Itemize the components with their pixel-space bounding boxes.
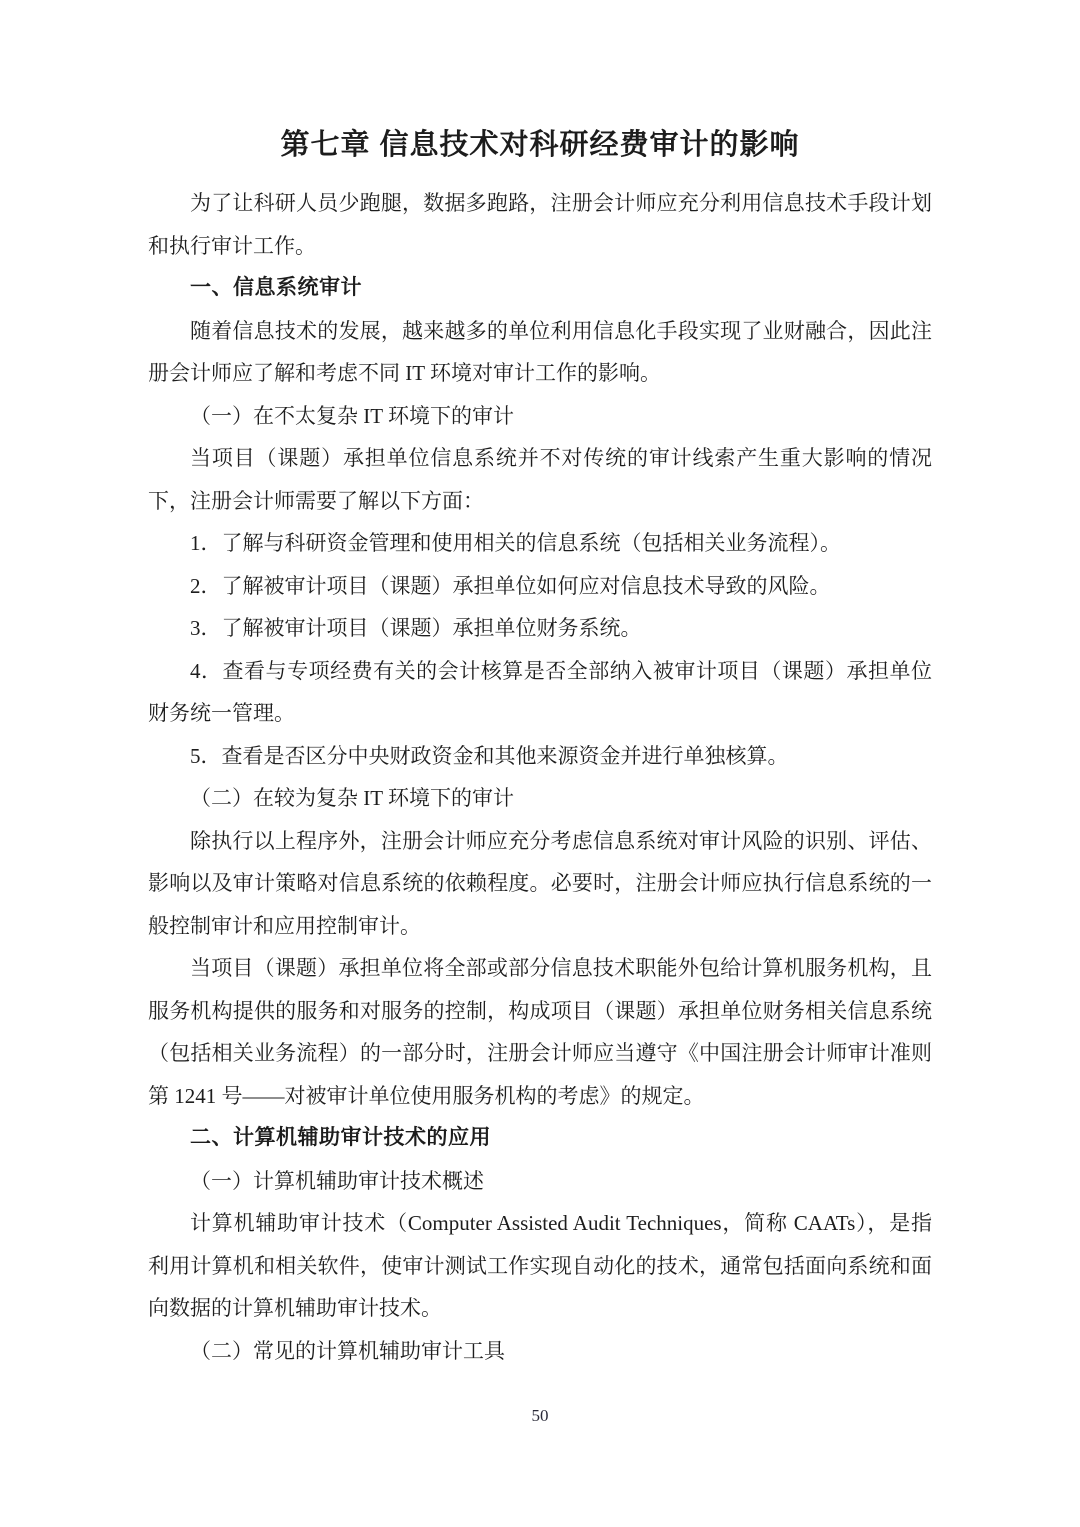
subsection-heading: （二）常见的计算机辅助审计工具 [148, 1330, 932, 1373]
list-item: 5．查看是否区分中央财政资金和其他来源资金并进行单独核算。 [148, 735, 932, 778]
page-footer: 50 [0, 1406, 1080, 1426]
list-item: 1．了解与科研资金管理和使用相关的信息系统（包括相关业务流程）。 [148, 522, 932, 565]
body-paragraph: 计算机辅助审计技术（Computer Assisted Audit Techni… [148, 1202, 932, 1330]
body-paragraph: 当项目（课题）承担单位信息系统并不对传统的审计线索产生重大影响的情况下，注册会计… [148, 437, 932, 522]
list-item: 2．了解被审计项目（课题）承担单位如何应对信息技术导致的风险。 [148, 565, 932, 608]
body-paragraph: 除执行以上程序外，注册会计师应充分考虑信息系统对审计风险的识别、评估、影响以及审… [148, 820, 932, 948]
body-paragraph: 随着信息技术的发展，越来越多的单位利用信息化手段实现了业财融合，因此注册会计师应… [148, 310, 932, 395]
list-item: 3．了解被审计项目（课题）承担单位财务系统。 [148, 607, 932, 650]
subsection-heading: （一）在不太复杂 IT 环境下的审计 [148, 395, 932, 438]
subsection-heading: （二）在较为复杂 IT 环境下的审计 [148, 777, 932, 820]
chapter-title: 第七章 信息技术对科研经费审计的影响 [148, 126, 932, 164]
body-paragraph: 为了让科研人员少跑腿，数据多跑路，注册会计师应充分利用信息技术手段计划和执行审计… [148, 182, 932, 267]
document-body: 为了让科研人员少跑腿，数据多跑路，注册会计师应充分利用信息技术手段计划和执行审计… [148, 182, 932, 1372]
subsection-heading: （一）计算机辅助审计技术概述 [148, 1160, 932, 1203]
section-heading: 一、信息系统审计 [148, 267, 932, 310]
list-item: 4．查看与专项经费有关的会计核算是否全部纳入被审计项目（课题）承担单位财务统一管… [148, 650, 932, 735]
section-heading: 二、计算机辅助审计技术的应用 [148, 1117, 932, 1160]
body-paragraph: 当项目（课题）承担单位将全部或部分信息技术职能外包给计算机服务机构，且服务机构提… [148, 947, 932, 1117]
page-number: 50 [532, 1406, 549, 1425]
document-page: 第七章 信息技术对科研经费审计的影响 为了让科研人员少跑腿，数据多跑路，注册会计… [0, 0, 1080, 1527]
